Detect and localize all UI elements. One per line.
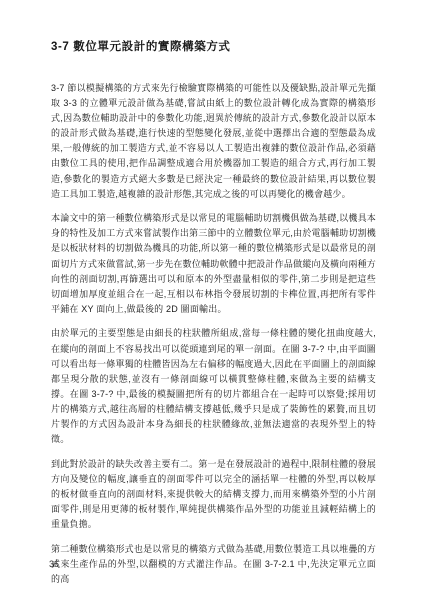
body-paragraph-3: 由於單元的主要型態是由細長的柱狀體所組成,當每一條柱體的變化扭曲度越大,在縱向的… (51, 326, 376, 447)
thesis-page: 3-7 數位單元設計的實際構築方式 3-7 節以模擬構築的方式來先行檢驗實際構築… (0, 0, 424, 600)
section-title: 3-7 數位單元設計的實際構築方式 (51, 40, 376, 54)
body-paragraph-2: 本論文中的第一種數位構築形式是以常見的電腦輔助切割機俱做為基礎,以機具本身的特性… (51, 211, 376, 317)
body-paragraph-5: 第二種數位構築形式也是以常見的構築方式做為基礎,用數位製造工具以堆疊的方式來生產… (51, 542, 376, 587)
body-paragraph-1: 3-7 節以模擬構築的方式來先行檢驗實際構築的可能性以及優缺點,設計單元先擷取 … (51, 81, 376, 202)
body-paragraph-4: 到此對於設計的缺失改善主要有二。第一是在發展設計的過程中,限制柱體的發展方向及變… (51, 457, 376, 532)
page-number: 36 (49, 559, 59, 569)
